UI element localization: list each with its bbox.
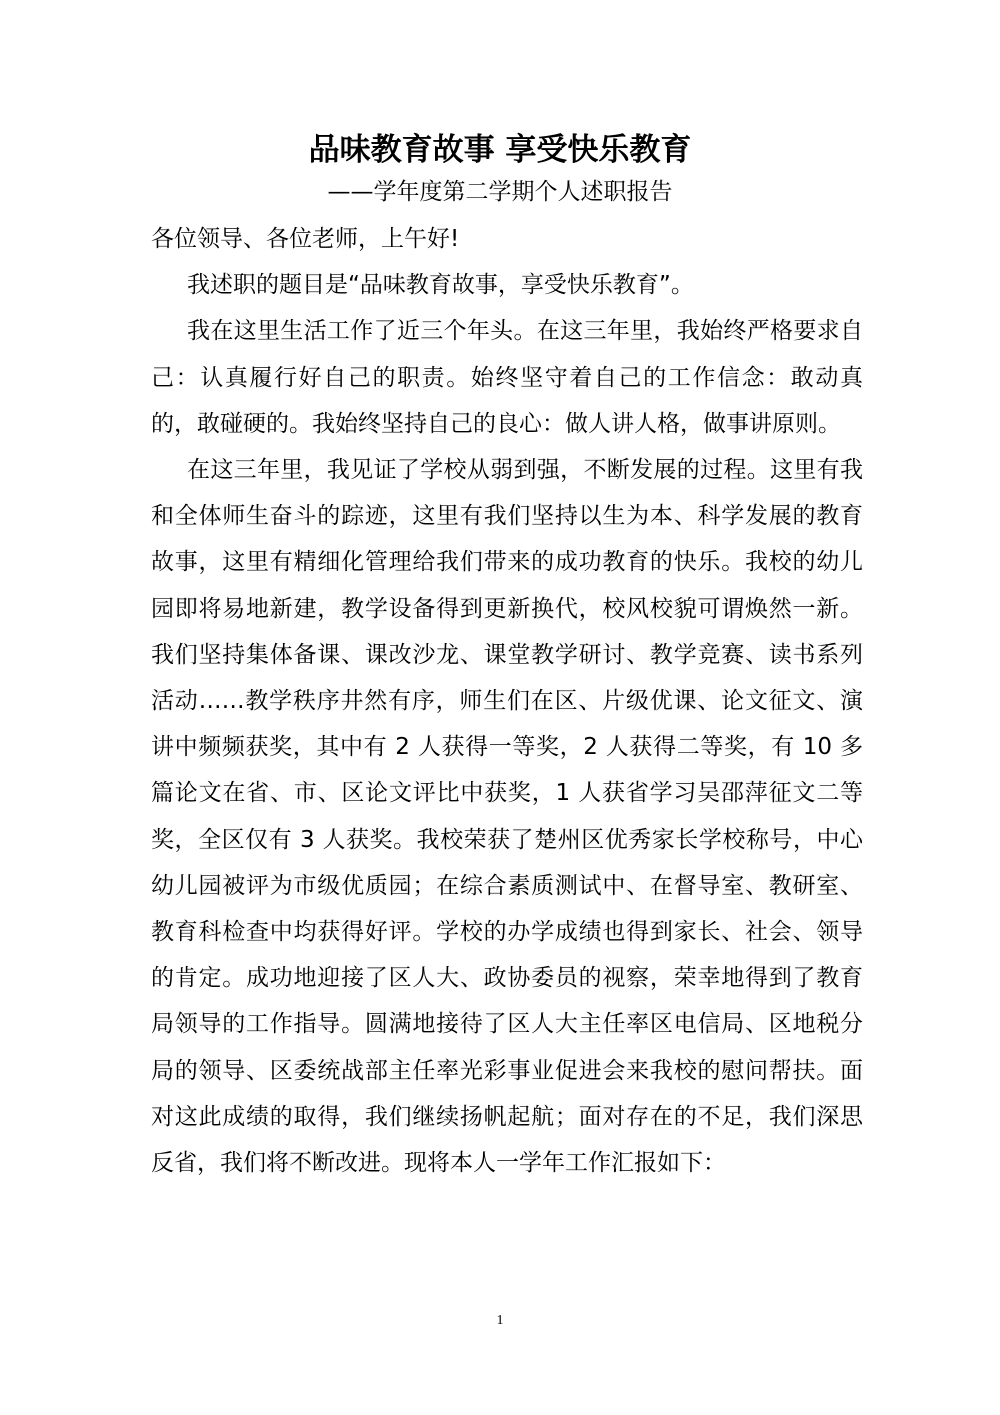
paragraph-principles: 我在这里生活工作了近三个年头。在这三年里，我始终严格要求自己：认真履行好自己的职… xyxy=(151,308,863,447)
document-body: 各位领导、各位老师，上午好! 我述职的题目是“品味教育故事，享受快乐教育”。 我… xyxy=(151,216,863,1186)
page-number: 1 xyxy=(0,1313,1000,1329)
document-subtitle: ——学年度第二学期个人述职报告 xyxy=(0,174,1000,210)
document-title: 品味教育故事 享受快乐教育 xyxy=(0,128,1000,172)
paragraph-achievements: 在这三年里，我见证了学校从弱到强，不断发展的过程。这里有我和全体师生奋斗的踪迹，… xyxy=(151,447,863,1186)
paragraph-topic: 我述职的题目是“品味教育故事，享受快乐教育”。 xyxy=(151,262,863,308)
greeting: 各位领导、各位老师，上午好! xyxy=(151,216,863,262)
document-page: 品味教育故事 享受快乐教育 ——学年度第二学期个人述职报告 各位领导、各位老师，… xyxy=(0,0,1000,1415)
